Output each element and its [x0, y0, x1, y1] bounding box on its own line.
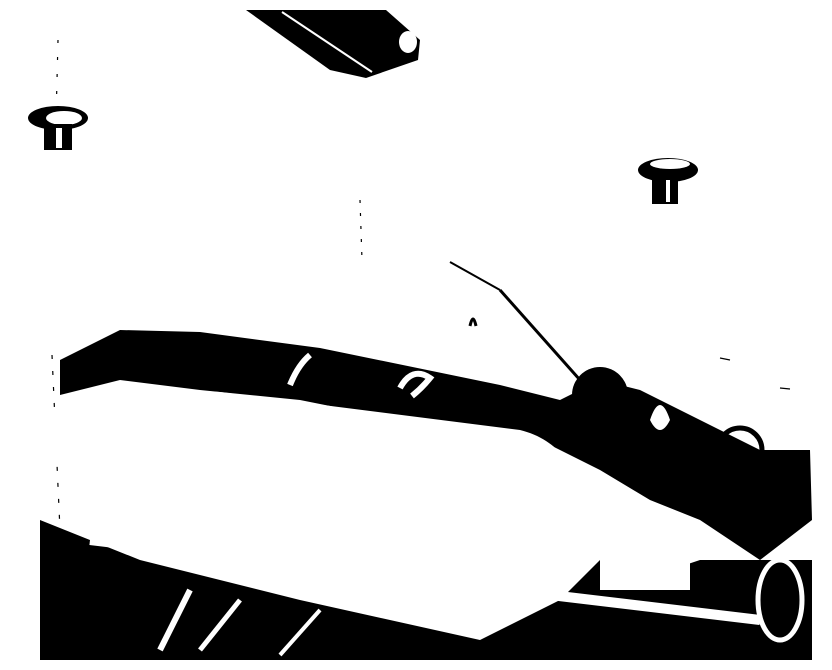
engine-photo	[0, 0, 832, 670]
